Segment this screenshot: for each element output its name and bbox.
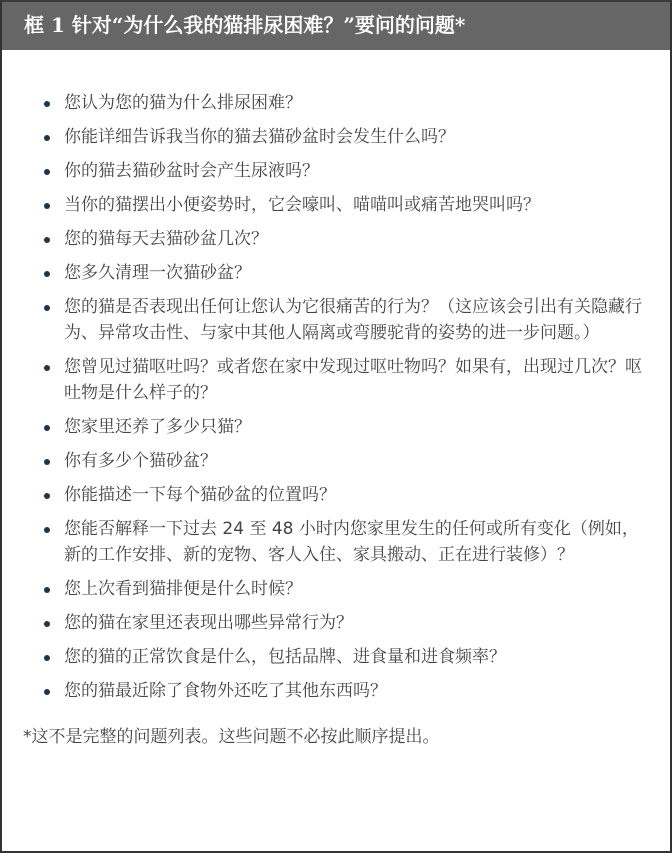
question-text: 你的猫去猫砂盆时会产生尿液吗？ [64,161,319,181]
list-item: 您上次看到猫排便是什么时候？ [64,576,644,602]
bullet-icon [44,135,50,141]
bullet-icon [44,655,50,661]
list-item: 您的猫在家里还表现出哪些异常行为？ [64,610,644,636]
question-text: 您家里还养了多少只猫？ [64,417,251,437]
list-item: 您的猫的正常饮食是什么，包括品牌、进食量和进食频率？ [64,644,644,670]
question-list: 您认为您的猫为什么排尿困难？ 你能详细告诉我当你的猫去猫砂盆时会发生什么吗？ 你… [2,90,644,704]
question-text: 您的猫在家里还表现出哪些异常行为？ [64,613,353,633]
question-text: 您多久清理一次猫砂盆？ [64,263,251,283]
list-item: 您多久清理一次猫砂盆？ [64,260,644,286]
question-box: 框 1 针对“为什么我的猫排尿困难？”要问的问题* 您认为您的猫为什么排尿困难？… [0,0,672,853]
question-text: 当你的猫摆出小便姿势时，它会嚎叫、喵喵叫或痛苦地哭叫吗？ [64,195,540,215]
question-text: 您认为您的猫为什么排尿困难？ [64,93,302,113]
list-item: 你有多少个猫砂盆？ [64,448,644,474]
list-item: 你能详细告诉我当你的猫去猫砂盆时会发生什么吗？ [64,124,644,150]
question-text: 您曾见过猫呕吐吗？或者您在家中发现过呕吐物吗？如果有，出现过几次？呕吐物是什么样… [64,357,642,403]
bullet-icon [44,587,50,593]
bullet-icon [44,689,50,695]
bullet-icon [44,101,50,107]
list-item: 您的猫最近除了食物外还吃了其他东西吗？ [64,678,644,704]
list-item: 您家里还养了多少只猫？ [64,414,644,440]
bullet-icon [44,271,50,277]
bullet-icon [44,365,50,371]
bullet-icon [44,305,50,311]
list-item: 你的猫去猫砂盆时会产生尿液吗？ [64,158,644,184]
footnote: *这不是完整的问题列表。这些问题不必按此顺序提出。 [2,724,644,750]
list-item: 您能否解释一下过去 24 至 48 小时内您家里发生的任何或所有变化（例如，新的… [64,516,644,568]
bullet-icon [44,203,50,209]
question-text: 您的猫的正常饮食是什么，包括品牌、进食量和进食频率？ [64,647,506,667]
bullet-icon [44,621,50,627]
question-text: 你有多少个猫砂盆？ [64,451,217,471]
list-item: 您曾见过猫呕吐吗？或者您在家中发现过呕吐物吗？如果有，出现过几次？呕吐物是什么样… [64,354,644,406]
bullet-icon [44,169,50,175]
question-text: 您上次看到猫排便是什么时候？ [64,579,302,599]
bullet-icon [44,425,50,431]
question-text: 您的猫最近除了食物外还吃了其他东西吗？ [64,681,387,701]
question-text: 你能描述一下每个猫砂盆的位置吗？ [64,485,336,505]
question-text: 您的猫是否表现出任何让您认为它很痛苦的行为？（这应该会引出有关隐藏行为、异常攻击… [64,297,642,343]
bullet-icon [44,527,50,533]
box-title: 框 1 针对“为什么我的猫排尿困难？”要问的问题* [2,2,670,50]
list-item: 您认为您的猫为什么排尿困难？ [64,90,644,116]
question-text: 您能否解释一下过去 24 至 48 小时内您家里发生的任何或所有变化（例如，新的… [64,519,639,565]
list-item: 您的猫是否表现出任何让您认为它很痛苦的行为？（这应该会引出有关隐藏行为、异常攻击… [64,294,644,346]
list-item: 你能描述一下每个猫砂盆的位置吗？ [64,482,644,508]
bullet-icon [44,493,50,499]
question-text: 您的猫每天去猫砂盆几次？ [64,229,268,249]
list-item: 当你的猫摆出小便姿势时，它会嚎叫、喵喵叫或痛苦地哭叫吗？ [64,192,644,218]
question-text: 你能详细告诉我当你的猫去猫砂盆时会发生什么吗？ [64,127,455,147]
bullet-icon [44,459,50,465]
box-content: 您认为您的猫为什么排尿困难？ 你能详细告诉我当你的猫去猫砂盆时会发生什么吗？ 你… [2,50,670,750]
list-item: 您的猫每天去猫砂盆几次？ [64,226,644,252]
bullet-icon [44,237,50,243]
